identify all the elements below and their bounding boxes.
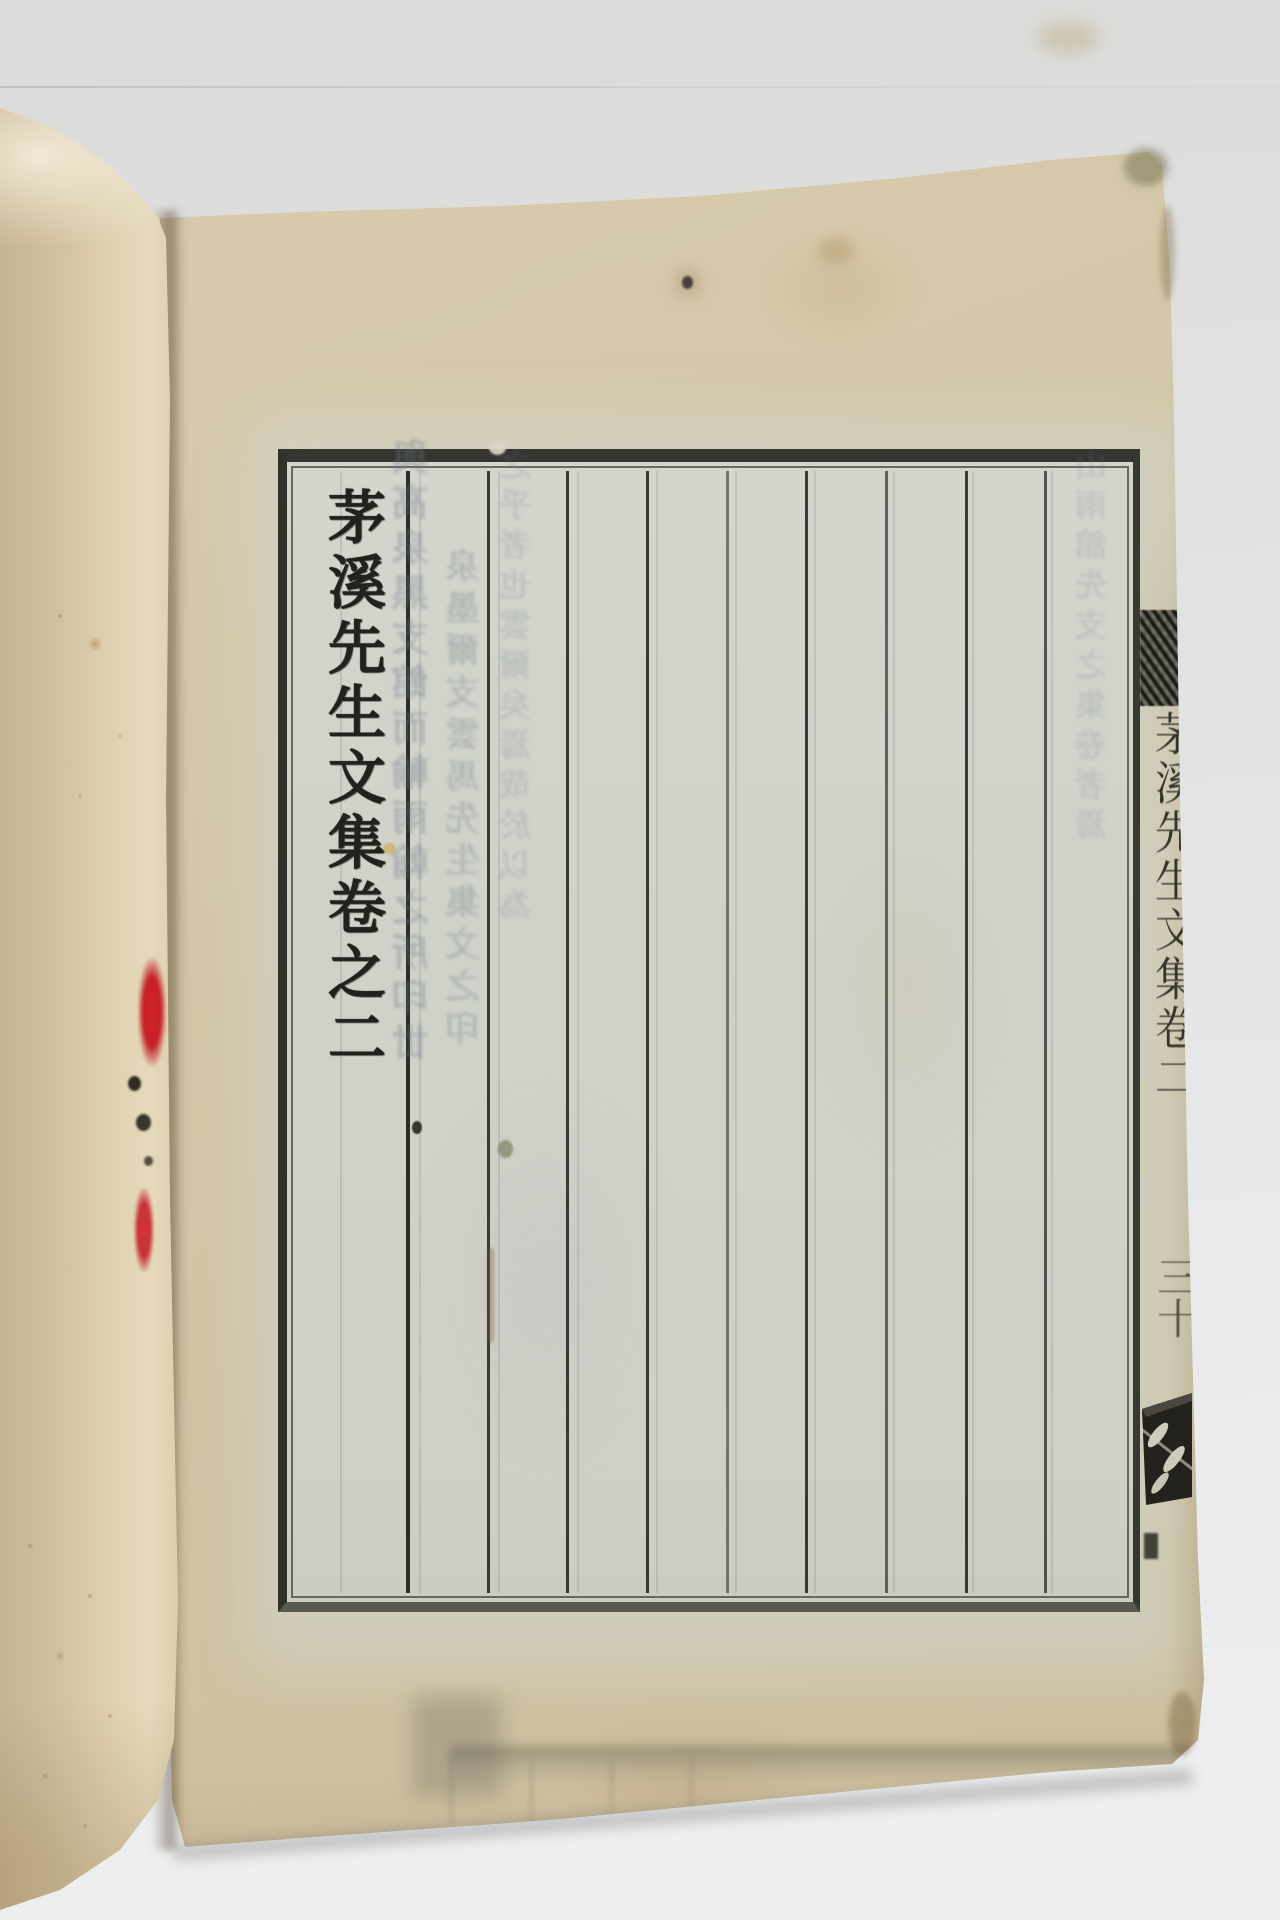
stain: [1124, 148, 1168, 186]
stain: [1160, 205, 1175, 300]
stain: [412, 1121, 422, 1134]
stain: [383, 843, 396, 854]
fold-ornament-band: [1140, 610, 1192, 706]
ruled-column: [888, 471, 968, 1593]
fold-title-text: 茅溪先生文集卷二: [1142, 710, 1203, 1102]
volume-title-text: 茅溪先生文集卷之二: [309, 487, 393, 1072]
stain: [489, 440, 506, 455]
stain: [488, 1248, 494, 1343]
showthrough-text: 之乎者也雲爾矣焉哉於以為: [494, 448, 540, 928]
ink-speck: [128, 1076, 141, 1091]
ruled-column: [729, 471, 809, 1593]
showthrough-text: 與高泉黑支館而輸雨翰之所印丗: [388, 438, 442, 1068]
fold-ink-mark: [1144, 1533, 1158, 1559]
ink-speck: [136, 1114, 151, 1131]
showthrough-text: 山雨舘先支之集卷者焉: [1070, 448, 1116, 848]
center-fold-strip: 茅溪先生文集卷二 三十: [1138, 455, 1204, 1620]
backdrop-seam: [0, 86, 1280, 88]
stain: [1036, 22, 1100, 54]
stain: [818, 238, 854, 264]
stain: [1168, 1692, 1196, 1756]
showthrough-text: 泉墨爾支雲馬先生集文之印: [442, 548, 491, 1052]
book-page: 茅溪先生文集卷之二 與高泉黑支館而輸雨翰之所印丗 泉墨爾支雲馬先生集文之印 之乎…: [150, 148, 1216, 1860]
ruled-column: [808, 471, 888, 1593]
ruled-column: [569, 471, 649, 1593]
ruled-column: [649, 471, 729, 1593]
ink-speck: [144, 1156, 153, 1166]
frame-corner-haze: [412, 1696, 502, 1796]
fold-page-number: 三十: [1144, 1255, 1204, 1339]
fishtail-ornament: [1140, 1393, 1192, 1511]
ruled-column: [968, 471, 1048, 1593]
red-seal-mark: [138, 958, 166, 1066]
book-photo: 茅溪先生文集卷之二 與高泉黑支館而輸雨翰之所印丗 泉墨爾支雲馬先生集文之印 之乎…: [0, 0, 1280, 1920]
stain: [682, 276, 693, 289]
stain: [498, 1140, 513, 1158]
red-seal-mark: [134, 1188, 154, 1272]
